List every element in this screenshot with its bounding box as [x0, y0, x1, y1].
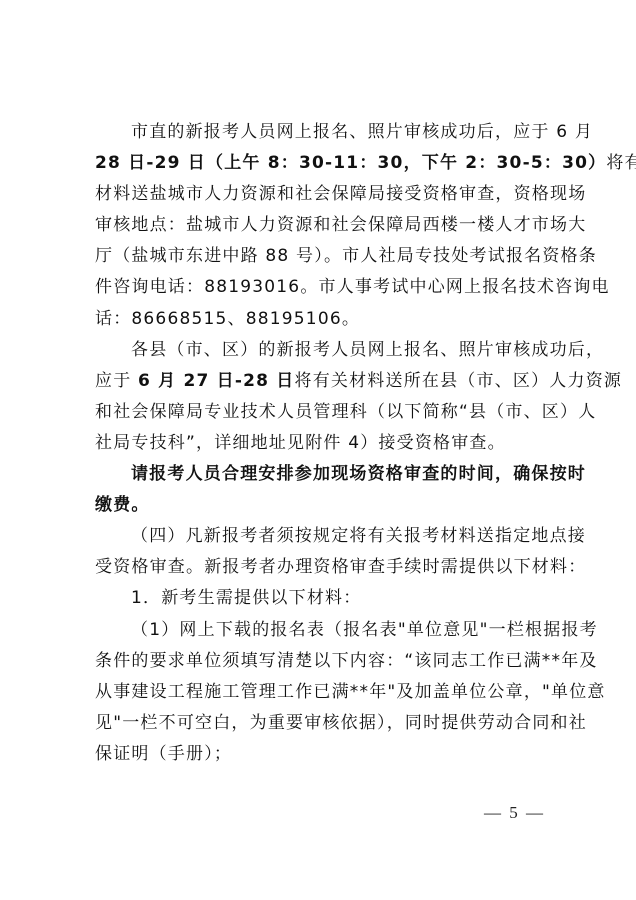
- paragraph-line: 应于 6 月 27 日-28 日将有关材料送所在县（市、区）人力资源: [95, 366, 545, 397]
- paragraph-line: 材料送盐城市人力资源和社会保障局接受资格审查，资格现场: [95, 179, 545, 210]
- paragraph-line-bold: 请报考人员合理安排参加现场资格审查的时间，确保按时: [95, 459, 545, 490]
- paragraph-line: 见"一栏不可空白，为重要审核依据），同时提供劳动合同和社: [95, 708, 545, 739]
- paragraph-line: 从事建设工程施工管理工作已满**年"及加盖单位公章，"单位意: [95, 677, 545, 708]
- paragraph-line: 和社会保障局专业技术人员管理科（以下简称“县（市、区）人: [95, 397, 545, 428]
- bold-date-text: 28 日-29 日（上午 8：30-11：30，下午 2：30-5：30）: [95, 153, 606, 173]
- paragraph-line: 厅（盐城市东进中路 88 号）。市人社局专技处考试报名资格条: [95, 241, 545, 272]
- paragraph-line: 件咨询电话：88193016。市人事考试中心网上报名技术咨询电: [95, 272, 545, 303]
- page-number: — 5 —: [484, 803, 545, 823]
- paragraph-text: 将有关材料送所在县（市、区）人力资源: [295, 371, 623, 391]
- paragraph-text: 将有关: [606, 153, 636, 173]
- paragraph-line: （四）凡新报考者须按规定将有关报考材料送指定地点接: [95, 521, 545, 552]
- paragraph-line: 保证明（手册）；: [95, 739, 545, 770]
- paragraph-line: 受资格审查。新报考者办理资格审查手续时需提供以下材料：: [95, 552, 545, 583]
- paragraph-line: 话：86668515、88195106。: [95, 304, 545, 335]
- paragraph-line: 审核地点：盐城市人力资源和社会保障局西楼一楼人才市场大: [95, 210, 545, 241]
- bold-date-text: 6 月 27 日-28 日: [138, 371, 294, 391]
- paragraph-line: （1）网上下载的报名表（报名表"单位意见"一栏根据报考: [95, 615, 545, 646]
- list-item-heading: 1．新考生需提供以下材料：: [95, 583, 545, 614]
- document-body: 市直的新报考人员网上报名、照片审核成功后，应于 6 月 28 日-29 日（上午…: [95, 117, 545, 770]
- paragraph-line-bold: 缴费。: [95, 490, 545, 521]
- paragraph-line: 社局专技科”，详细地址见附件 4）接受资格审查。: [95, 428, 545, 459]
- paragraph-line: 28 日-29 日（上午 8：30-11：30，下午 2：30-5：30）将有关: [95, 148, 545, 179]
- paragraph-text: 应于: [95, 371, 138, 391]
- paragraph-line: 条件的要求单位须填写清楚以下内容：“该同志工作已满**年及: [95, 646, 545, 677]
- paragraph-line: 市直的新报考人员网上报名、照片审核成功后，应于 6 月: [95, 117, 545, 148]
- paragraph-line: 各县（市、区）的新报考人员网上报名、照片审核成功后，: [95, 335, 545, 366]
- document-page: 市直的新报考人员网上报名、照片审核成功后，应于 6 月 28 日-29 日（上午…: [0, 0, 636, 900]
